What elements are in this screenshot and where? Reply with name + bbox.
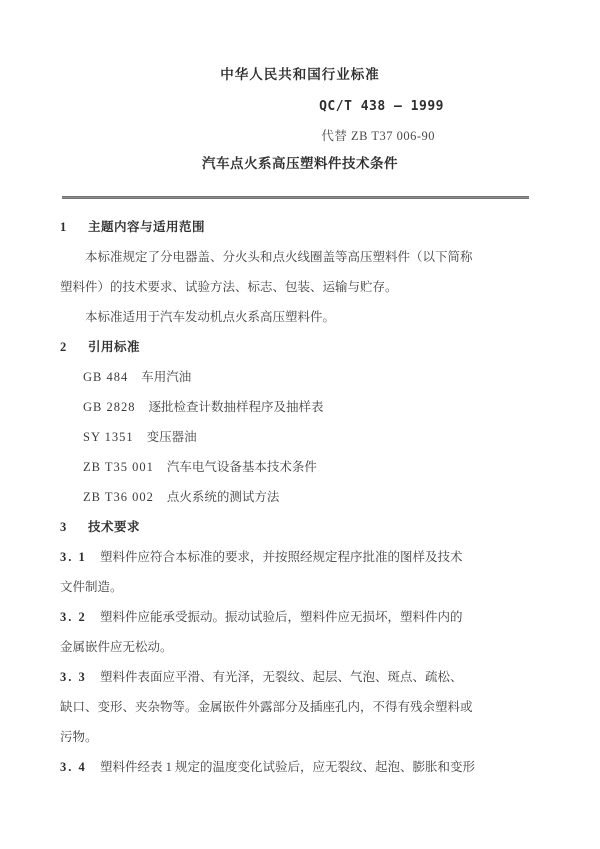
document-header: 中华人民共和国行业标准 QC/T 438 — 1999 代替 ZB T37 00… bbox=[0, 0, 600, 199]
section-3-title: 技术要求 bbox=[88, 520, 140, 534]
clause-3-1-line-2: 文件制造。 bbox=[60, 572, 600, 602]
reference-item: ZB T36 002点火系统的测试方法 bbox=[60, 482, 600, 512]
section-1-paragraph-2: 本标准适用于汽车发动机点火系高压塑料件。 bbox=[60, 302, 600, 332]
clause-3-3-line-2: 缺口、变形、夹杂物等。金属嵌件外露部分及插座孔内，不得有残余塑料或 bbox=[60, 692, 600, 722]
section-1-number: 1 bbox=[60, 212, 88, 242]
reference-item: SY 1351变压器油 bbox=[60, 422, 600, 452]
reference-item: GB 2828逐批检查计数抽样程序及抽样表 bbox=[60, 392, 600, 422]
reference-item: GB 484车用汽油 bbox=[60, 362, 600, 392]
standard-org-line: 中华人民共和国行业标准 bbox=[0, 66, 600, 84]
section-1-title: 主题内容与适用范围 bbox=[88, 220, 205, 234]
clause-3-2-text: 塑料件应能承受振动。振动试验后，塑料件应无损坏，塑料件内的 bbox=[100, 610, 463, 624]
section-2-heading: 2引用标准 bbox=[60, 332, 600, 362]
document-page: 中华人民共和国行业标准 QC/T 438 — 1999 代替 ZB T37 00… bbox=[0, 0, 600, 849]
clause-3-4-line-1: 3. 4塑料件经表 1 规定的温度变化试验后，应无裂纹、起泡、膨胀和变形 bbox=[60, 752, 600, 782]
clause-3-4-text: 塑料件经表 1 规定的温度变化试验后，应无裂纹、起泡、膨胀和变形 bbox=[100, 760, 475, 774]
clause-3-3-number: 3. 3 bbox=[60, 662, 100, 692]
section-1-paragraph-1-line-1: 本标准规定了分电器盖、分火头和点火线圈盖等高压塑料件（以下简称 bbox=[60, 242, 600, 272]
reference-title: 点火系统的测试方法 bbox=[167, 490, 280, 504]
reference-code: ZB T35 001 bbox=[83, 460, 154, 474]
clause-3-1-text: 塑料件应符合本标准的要求，并按照经规定程序批准的图样及技术 bbox=[100, 550, 463, 564]
replaces-note: 代替 ZB T37 006-90 bbox=[0, 127, 600, 145]
clause-3-3-text: 塑料件表面应平滑、有光泽，无裂纹、起层、气泡、斑点、疏松、 bbox=[100, 670, 463, 684]
clause-3-3-line-1: 3. 3塑料件表面应平滑、有光泽，无裂纹、起层、气泡、斑点、疏松、 bbox=[60, 662, 600, 692]
reference-title: 逐批检查计数抽样程序及抽样表 bbox=[149, 400, 324, 414]
reference-item: ZB T35 001汽车电气设备基本技术条件 bbox=[60, 452, 600, 482]
document-title: 汽车点火系高压塑料件技术条件 bbox=[0, 155, 600, 173]
clause-3-2-number: 3. 2 bbox=[60, 602, 100, 632]
section-2-title: 引用标准 bbox=[88, 340, 140, 354]
clause-3-4-number: 3. 4 bbox=[60, 752, 100, 782]
clause-3-1-line-1: 3. 1塑料件应符合本标准的要求，并按照经规定程序批准的图样及技术 bbox=[60, 542, 600, 572]
reference-code: SY 1351 bbox=[83, 430, 134, 444]
reference-title: 变压器油 bbox=[147, 430, 197, 444]
document-body: 1主题内容与适用范围 本标准规定了分电器盖、分火头和点火线圈盖等高压塑料件（以下… bbox=[0, 212, 600, 782]
clause-3-1-number: 3. 1 bbox=[60, 542, 100, 572]
header-divider bbox=[62, 196, 529, 199]
section-1-heading: 1主题内容与适用范围 bbox=[60, 212, 600, 242]
reference-code: GB 484 bbox=[83, 370, 128, 384]
reference-code: GB 2828 bbox=[83, 400, 136, 414]
section-2-number: 2 bbox=[60, 332, 88, 362]
reference-title: 车用汽油 bbox=[141, 370, 191, 384]
reference-title: 汽车电气设备基本技术条件 bbox=[167, 460, 317, 474]
clause-3-2-line-2: 金属嵌件应无松动。 bbox=[60, 632, 600, 662]
standard-number: QC/T 438 — 1999 bbox=[0, 98, 600, 116]
reference-code: ZB T36 002 bbox=[83, 490, 154, 504]
section-3-number: 3 bbox=[60, 512, 88, 542]
section-3-heading: 3技术要求 bbox=[60, 512, 600, 542]
clause-3-3-line-3: 污物。 bbox=[60, 722, 600, 752]
section-1-paragraph-1-line-2: 塑料件）的技术要求、试验方法、标志、包装、运输与贮存。 bbox=[60, 272, 600, 302]
clause-3-2-line-1: 3. 2塑料件应能承受振动。振动试验后，塑料件应无损坏，塑料件内的 bbox=[60, 602, 600, 632]
